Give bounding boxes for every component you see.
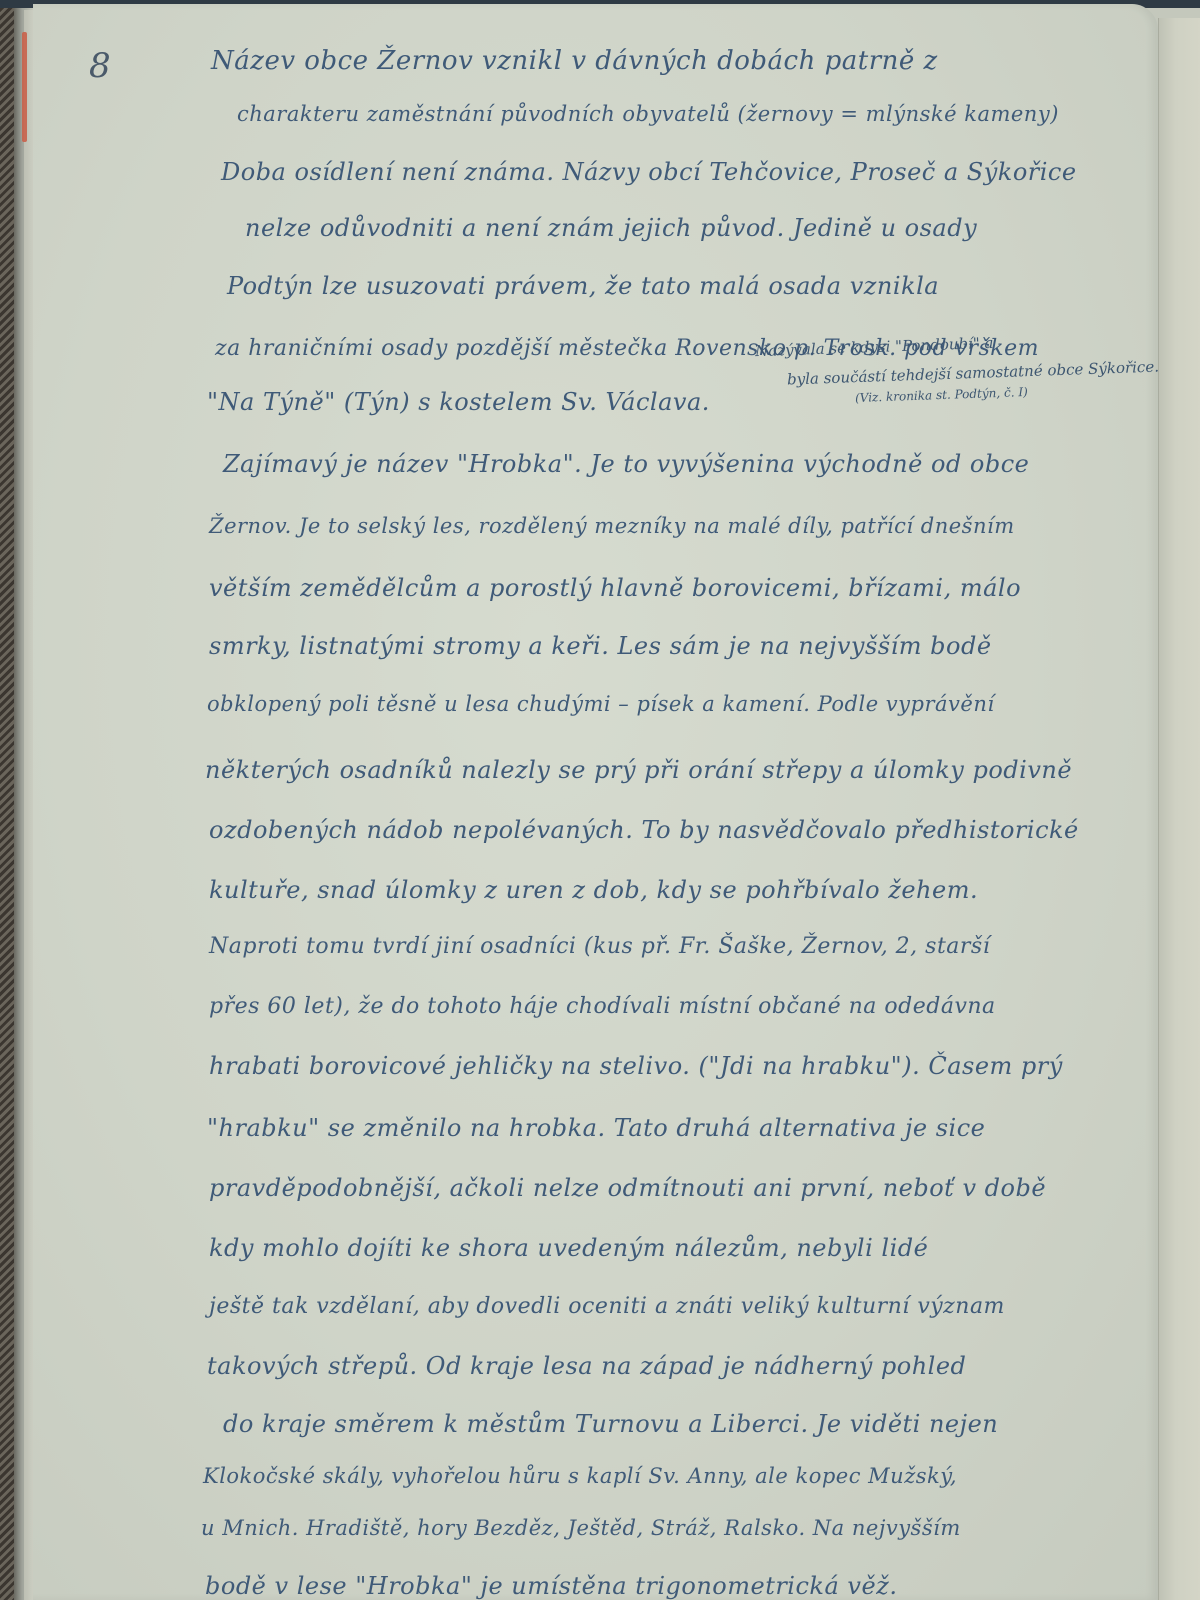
text-line-13: některých osadníků nalezly se prý při or… xyxy=(205,756,1072,784)
text-line-25: Klokočské skály, vyhořelou hůru s kaplí … xyxy=(203,1464,957,1488)
margin-annotation-line-2: byla součástí tehdejší samostatné obce S… xyxy=(787,358,1159,389)
facing-page-edge xyxy=(1158,18,1200,1600)
text-line-3: Doba osídlení není známa. Názvy obcí Teh… xyxy=(221,158,1077,186)
text-line-12: obklopený poli těsně u lesa chudými – pí… xyxy=(207,692,995,716)
text-line-7: "Na Týně" (Týn) s kostelem Sv. Václava. xyxy=(207,388,710,416)
text-line-23: takových střepů. Od kraje lesa na západ … xyxy=(207,1352,966,1380)
text-line-17: přes 60 let), že do tohoto háje chodíval… xyxy=(209,994,996,1019)
text-line-20: pravděpodobnější, ačkoli nelze odmítnout… xyxy=(209,1174,1046,1202)
text-line-26: u Mnich. Hradiště, hory Bezděz, Ještěd, … xyxy=(201,1516,961,1540)
margin-annotation-line-3: (Viz. kronika st. Podtýn, č. I) xyxy=(855,385,1028,405)
text-line-4: nelze odůvodniti a není znám jejich půvo… xyxy=(245,214,977,242)
text-line-2: charakteru zaměstnání původních obyvatel… xyxy=(237,102,1059,126)
text-line-8: Zajímavý je název "Hrobka". Je to vyvýše… xyxy=(223,450,1029,478)
text-line-1: Název obce Žernov vznikl v dávných dobác… xyxy=(211,46,938,76)
text-line-22: ještě tak vzdělaní, aby dovedli oceniti … xyxy=(209,1294,1005,1319)
text-line-14: ozdobených nádob nepolévaných. To by nas… xyxy=(209,816,1079,844)
text-line-15: kultuře, snad úlomky z uren z dob, kdy s… xyxy=(209,876,978,904)
text-line-11: smrky, listnatými stromy a keři. Les sám… xyxy=(209,632,992,660)
text-line-16: Naproti tomu tvrdí jiní osadníci (kus př… xyxy=(209,934,990,959)
text-line-10: větším zemědělcům a porostlý hlavně boro… xyxy=(209,574,1021,602)
text-line-19: "hrabku" se změnilo na hrobka. Tato druh… xyxy=(207,1114,985,1142)
spine-red-strip xyxy=(22,32,27,142)
chronicle-page: 8 Název obce Žernov vznikl v dávných dob… xyxy=(33,4,1158,1600)
page-number: 8 xyxy=(89,46,111,86)
text-line-9: Žernov. Je to selský les, rozdělený mezn… xyxy=(209,514,1015,538)
photographed-book: 8 Název obce Žernov vznikl v dávných dob… xyxy=(0,0,1200,1600)
book-binding xyxy=(0,8,14,1600)
text-line-21: kdy mohlo dojíti ke shora uvedeným nález… xyxy=(209,1234,928,1262)
text-line-24: do kraje směrem k městům Turnovu a Liber… xyxy=(223,1410,998,1438)
text-line-18: hrabati borovicové jehličky na stelivo. … xyxy=(209,1052,1063,1080)
text-line-5: Podtýn lze usuzovati právem, že tato mal… xyxy=(227,272,939,300)
text-line-27: bodě v lese "Hrobka" je umístěna trigono… xyxy=(205,1572,897,1600)
